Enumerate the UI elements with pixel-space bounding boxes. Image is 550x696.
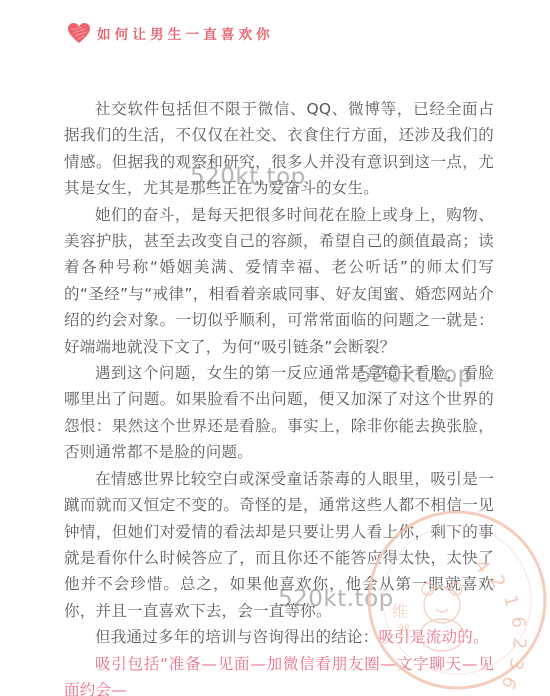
paragraph: 在情感世界比较空白或深受童话荼毒的人眼里，吸引是一蹴而就而又恒定不变的。奇怪的是…	[64, 466, 494, 624]
highlighted-conclusion: 吸引是流动的。	[379, 628, 489, 646]
paragraph: 但我通过多年的培训与咨询得出的结论：吸引是流动的。	[64, 624, 494, 650]
svg-text:6: 6	[497, 673, 521, 692]
heart-icon	[67, 22, 91, 44]
svg-text:2: 2	[508, 637, 530, 650]
paragraph: 她们的奋斗，是每天把很多时间花在脸上或身上，购物、美容护肤，甚至去改变自己的容颜…	[64, 202, 494, 360]
paragraph: 社交软件包括但不限于微信、QQ、微博等，已经全面占据我们的生活，不仅仅在社交、衣…	[64, 96, 494, 202]
paragraph: 遇到这个问题，女生的第一反应通常是拿镜子看脸，看脸哪里出了问题。如果脸看不出问题…	[64, 360, 494, 466]
book-title: 如何让男生一直喜欢你	[97, 23, 274, 43]
article-body: 社交软件包括但不限于微信、QQ、微博等，已经全面占据我们的生活，不仅仅在社交、衣…	[64, 96, 494, 696]
paragraph-text: 但我通过多年的培训与咨询得出的结论：	[95, 628, 379, 646]
highlighted-paragraph: 吸引包括“准备—见面—加微信看朋友圈—文字聊天—见面约会—	[64, 651, 494, 696]
svg-text:1: 1	[499, 593, 522, 609]
svg-text:6: 6	[507, 616, 529, 629]
header: 如何让男生一直喜欢你	[67, 21, 274, 45]
svg-text:3: 3	[504, 656, 527, 672]
